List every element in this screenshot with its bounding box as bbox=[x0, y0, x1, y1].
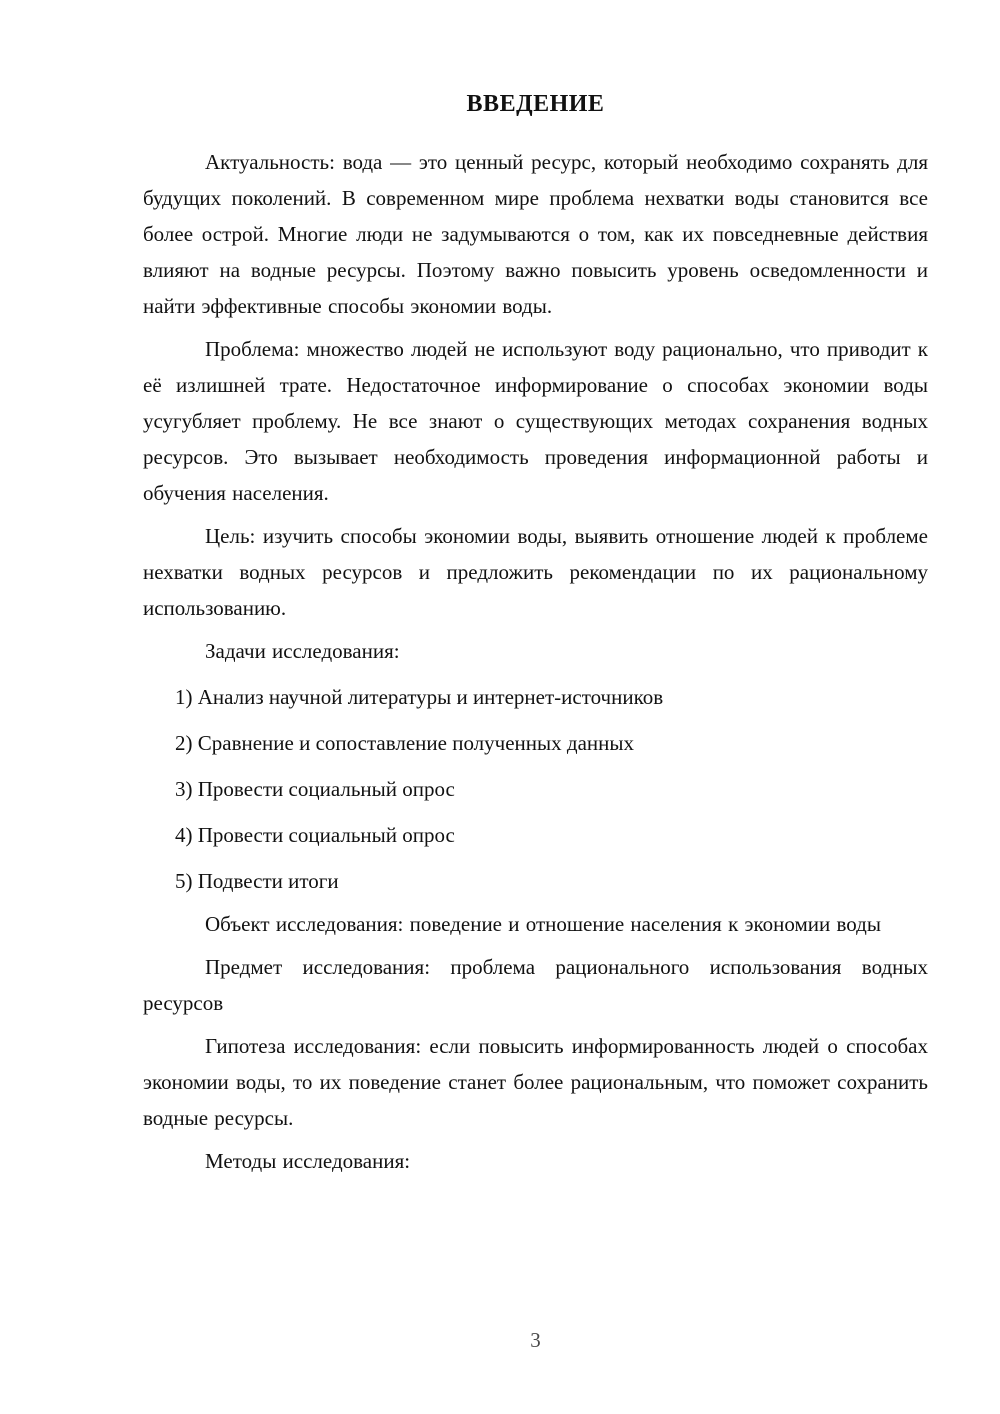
task-item-3: 3) Провести социальный опрос bbox=[143, 771, 928, 807]
page-number: 3 bbox=[143, 1326, 928, 1354]
paragraph-goal: Цель: изучить способы экономии воды, выя… bbox=[143, 518, 928, 626]
task-item-5: 5) Подвести итоги bbox=[143, 863, 928, 899]
task-item-1: 1) Анализ научной литературы и интернет-… bbox=[143, 679, 928, 715]
paragraph-subject: Предмет исследования: проблема рациональ… bbox=[143, 949, 928, 1021]
document-page: ВВЕДЕНИЕ Актуальность: вода — это ценный… bbox=[0, 0, 1000, 1414]
paragraph-object: Объект исследования: поведение и отношен… bbox=[143, 906, 928, 942]
paragraph-hypothesis: Гипотеза исследования: если повысить инф… bbox=[143, 1028, 928, 1136]
methods-heading: Методы исследования: bbox=[143, 1143, 928, 1179]
paragraph-actuality: Актуальность: вода — это ценный ресурс, … bbox=[143, 144, 928, 324]
task-item-4: 4) Провести социальный опрос bbox=[143, 817, 928, 853]
page-title: ВВЕДЕНИЕ bbox=[143, 90, 928, 118]
paragraph-problem: Проблема: множество людей не используют … bbox=[143, 331, 928, 511]
task-item-2: 2) Сравнение и сопоставление полученных … bbox=[143, 725, 928, 761]
tasks-heading: Задачи исследования: bbox=[143, 633, 928, 669]
tasks-list: 1) Анализ научной литературы и интернет-… bbox=[143, 679, 928, 899]
